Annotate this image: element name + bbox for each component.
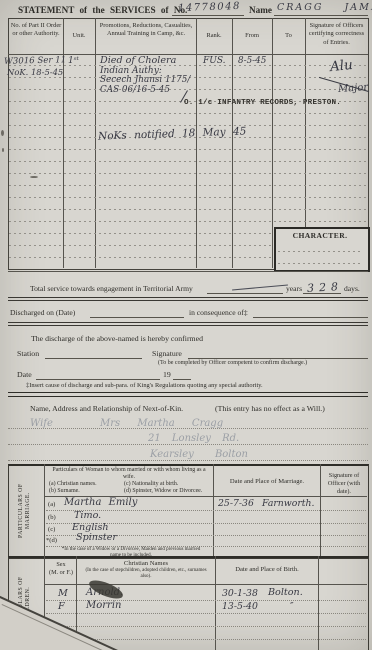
children-row-line xyxy=(46,626,366,627)
children-birth-divider xyxy=(318,556,319,650)
total-service-label: Total service towards engagement in Terr… xyxy=(30,284,193,293)
marriage-row-value: Spinster xyxy=(76,532,117,543)
officer-competent-note: (To be completed by Officer competent to… xyxy=(158,360,307,366)
marriage-row-label: (a) xyxy=(48,501,55,508)
child-sex: M xyxy=(58,588,68,599)
nok-line-3 xyxy=(8,460,368,461)
years-label: years xyxy=(286,284,302,293)
scan-speck xyxy=(30,176,38,178)
discharged-on-label: Discharged on (Date) xyxy=(10,308,75,317)
marriage-head-d: (d) Spinster, Widow or Divorcee. xyxy=(124,488,202,494)
header-unit: Unit. xyxy=(63,32,95,39)
in-consequence-label: in consequence of‡ xyxy=(189,308,248,317)
year-fill-line xyxy=(173,379,191,380)
section-rule xyxy=(8,392,368,397)
header-authority: No. of Part II Order or other Authority. xyxy=(9,22,63,39)
infantry-records-stamp: O. 1/c INFANTRY RECORDS, PRESTON. xyxy=(184,99,341,107)
marriage-place-value: Farnworth. xyxy=(262,498,314,509)
children-side-label: PARTICULARS OF CHILDREN. xyxy=(18,562,32,646)
character-label: CHARACTER. xyxy=(276,231,364,240)
days-value: 328 xyxy=(307,280,344,295)
double-rule xyxy=(8,322,368,326)
marriage-row-value: Martha Emily xyxy=(64,497,137,508)
discharge-confirmed-text: The discharge of the above-named is here… xyxy=(31,334,203,343)
header-from: From xyxy=(232,32,272,39)
children-strip-divider xyxy=(44,556,45,650)
header-signature: Signature of Officers certifying correct… xyxy=(306,22,367,47)
child-name: Morrin xyxy=(86,600,121,611)
discharge-footnote: ‡Insert cause of discharge and sub-para.… xyxy=(26,382,263,389)
children-row-line xyxy=(46,613,366,614)
children-birth-head: Date and Place of Birth. xyxy=(217,566,317,573)
entry-detail-3: Secech Jhansi 1175/ xyxy=(100,75,190,85)
year-prefix: 19 xyxy=(163,370,171,379)
station-fill-line xyxy=(45,358,142,359)
discharged-date-line xyxy=(90,317,184,318)
scan-speck xyxy=(1,130,4,136)
marriage-side-label: PARTICULARS OF MARRIAGE. xyxy=(18,470,32,552)
child-birth-date: 30-1-38 xyxy=(222,588,258,599)
children-names-sub: (In the case of stepchildren, adopted ch… xyxy=(80,568,212,580)
entry-detail-1: Died of Cholera xyxy=(100,55,176,66)
children-sex-head-sub: (M. or F.) xyxy=(46,569,76,576)
nok-heading-note: (This entry has no effect as a Will.) xyxy=(215,404,325,413)
service-number-value: 14778048 xyxy=(178,1,241,14)
entry-authority-2: NoK. 18-5-45 xyxy=(7,67,63,77)
entry-rank: FUS. xyxy=(203,56,226,66)
table-bottom-rule xyxy=(8,271,368,272)
service-number-line xyxy=(172,15,244,16)
marriage-row-label: *(d) xyxy=(46,537,57,544)
double-rule xyxy=(8,297,368,301)
marriage-date-head: Date and Place of Marriage. xyxy=(215,478,319,485)
nok-line-2 xyxy=(8,444,368,445)
page-title: STATEMENT of the SERVICES of No. xyxy=(18,5,187,15)
marriage-row-value: Timo. xyxy=(74,510,101,521)
soldier-name-value: CRAGG JAMES xyxy=(277,2,372,13)
name-label: Name xyxy=(249,5,272,15)
header-promotions: Promotions, Reductions, Casualties, Annu… xyxy=(98,22,194,39)
date-fill-line xyxy=(36,379,160,380)
signature-label: Signature xyxy=(152,349,182,358)
header-to: To xyxy=(272,32,305,39)
marriage-date-value: 25-7-36 xyxy=(218,498,254,509)
entry-detail-4: CAS 06/16-5-45 xyxy=(100,85,170,95)
signature-fill-line xyxy=(188,358,368,359)
marriage-row-label: (c) xyxy=(48,526,55,533)
character-dotted-rows xyxy=(278,240,362,266)
children-sex-head: Sex xyxy=(46,561,76,568)
child-sex: F xyxy=(58,601,65,612)
days-label: days. xyxy=(344,284,360,293)
marriage-sig-head: Signature of Officer (with date). xyxy=(322,472,366,495)
marriage-strip-divider xyxy=(44,464,45,556)
nok-line-1 xyxy=(8,428,368,429)
entry-unit: 1ˢᵗ xyxy=(68,56,79,66)
officer-signature: Alu xyxy=(329,57,353,75)
consequence-fill-line xyxy=(253,317,368,318)
children-sex-divider xyxy=(76,556,77,650)
marriage-head-c: (c) Nationality at birth. xyxy=(124,481,178,487)
station-label: Station xyxy=(17,349,39,358)
header-rank: Rank. xyxy=(196,32,232,39)
nok-address-2: Kearsley Bolton xyxy=(150,449,248,460)
officer-rank: Major xyxy=(338,82,369,95)
entry-from-date: 8-5-45 xyxy=(238,56,266,66)
total-service-fill-line xyxy=(207,293,283,294)
name-underline xyxy=(274,15,368,16)
nok-heading: Name, Address and Relationship of Next-o… xyxy=(30,404,183,413)
children-names-divider xyxy=(215,556,216,650)
years-stroke-mark xyxy=(232,285,288,291)
entry-authority-1: W3016 Ser 11 xyxy=(4,55,66,67)
marriage-head-a: (a) Christian names. xyxy=(49,481,97,487)
marriage-head-main: Particulars of Woman to whom married or … xyxy=(47,467,211,481)
scanned-service-record-page: STATEMENT of the SERVICES of No. 1477804… xyxy=(0,0,372,650)
children-names-head: Christian Names xyxy=(80,560,212,567)
date-label: Date xyxy=(17,370,32,379)
marriage-head-b: (b) Surname. xyxy=(49,488,80,494)
child-birth-date: 13-5-40 xyxy=(222,601,258,612)
child-birth-place: Bolton. xyxy=(268,587,303,598)
child-birth-place-ditto: ″ xyxy=(290,601,294,612)
scan-speck xyxy=(2,148,4,152)
nok-address-1: 21 Lonsley Rd. xyxy=(148,433,239,444)
marriage-row-label: (b) xyxy=(48,514,56,521)
